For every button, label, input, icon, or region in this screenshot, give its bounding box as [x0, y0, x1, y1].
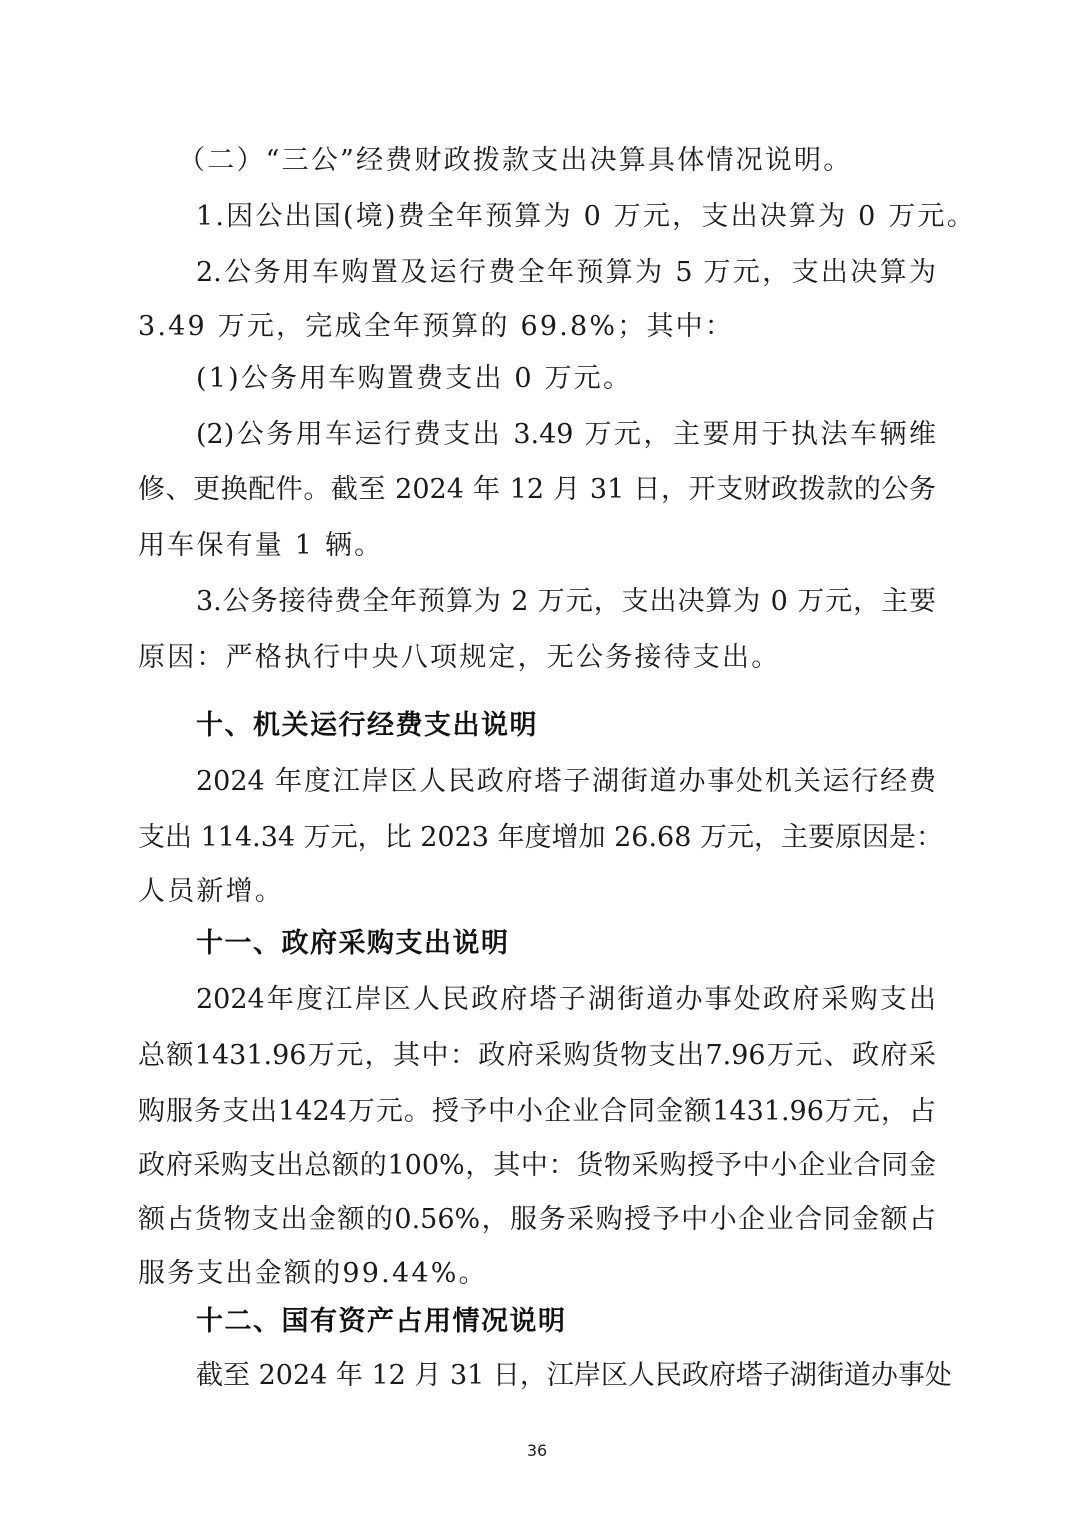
section-11-para-line-2: 总额1431.96万元，其中：政府采购货物支出7.96万元、政府采 [138, 1038, 936, 1074]
page-number: 36 [0, 1441, 1074, 1460]
section-10-para-line-2: 支出 114.34 万元，比 2023 年度增加 26.68 万元，主要原因是： [138, 820, 936, 856]
item-2-sub-1: (1)公务用车购置费支出 0 万元。 [196, 361, 996, 397]
section-12-para-line-1: 截至 2024 年 12 月 31 日，江岸区人民政府塔子湖街道办事处 [196, 1358, 936, 1394]
section-10-para-line-3: 人员新增。 [138, 874, 938, 910]
item-3-line-2: 原因：严格执行中央八项规定，无公务接待支出。 [138, 640, 938, 676]
section-11-para-line-4: 政府采购支出总额的100%，其中：货物采购授予中小企业合同金 [138, 1148, 936, 1184]
item-1-overseas-travel: 1.因公出国(境)费全年预算为 0 万元，支出决算为 0 万元。 [196, 199, 996, 235]
item-2-sub-2-line-3: 用车保有量 1 辆。 [138, 528, 938, 564]
section-11-heading: 十一、政府采购支出说明 [196, 926, 996, 962]
section-11-para-line-1: 2024年度江岸区人民政府塔子湖街道办事处政府采购支出 [196, 982, 936, 1018]
item-2-sub-2-line-2: 修、更换配件。截至 2024 年 12 月 31 日，开支财政拨款的公务 [138, 472, 936, 508]
document-page: （二）“三公”经费财政拨款支出决算具体情况说明。 1.因公出国(境)费全年预算为… [0, 0, 1074, 1520]
item-2-line-1: 2.公务用车购置及运行费全年预算为 5 万元，支出决算为 [196, 255, 936, 291]
section-10-heading: 十、机关运行经费支出说明 [196, 708, 996, 744]
section-10-para-line-1: 2024 年度江岸区人民政府塔子湖街道办事处机关运行经费 [196, 764, 936, 800]
section-11-para-line-3: 购服务支出1424万元。授予中小企业合同金额1431.96万元，占 [138, 1094, 936, 1130]
item-2-line-2: 3.49 万元，完成全年预算的 69.8%；其中： [138, 309, 938, 345]
section-11-para-line-6: 服务支出金额的99.44%。 [138, 1256, 938, 1292]
section-12-heading: 十二、国有资产占用情况说明 [196, 1304, 996, 1340]
section-11-para-line-5: 额占货物支出金额的0.56%，服务采购授予中小企业合同金额占 [138, 1202, 936, 1238]
item-3-line-1: 3.公务接待费全年预算为 2 万元，支出决算为 0 万元，主要 [196, 584, 936, 620]
item-2-sub-2-line-1: (2)公务用车运行费支出 3.49 万元，主要用于执法车辆维 [196, 417, 936, 453]
subsection-title-three-public-expenses: （二）“三公”经费财政拨款支出决算具体情况说明。 [178, 143, 978, 179]
